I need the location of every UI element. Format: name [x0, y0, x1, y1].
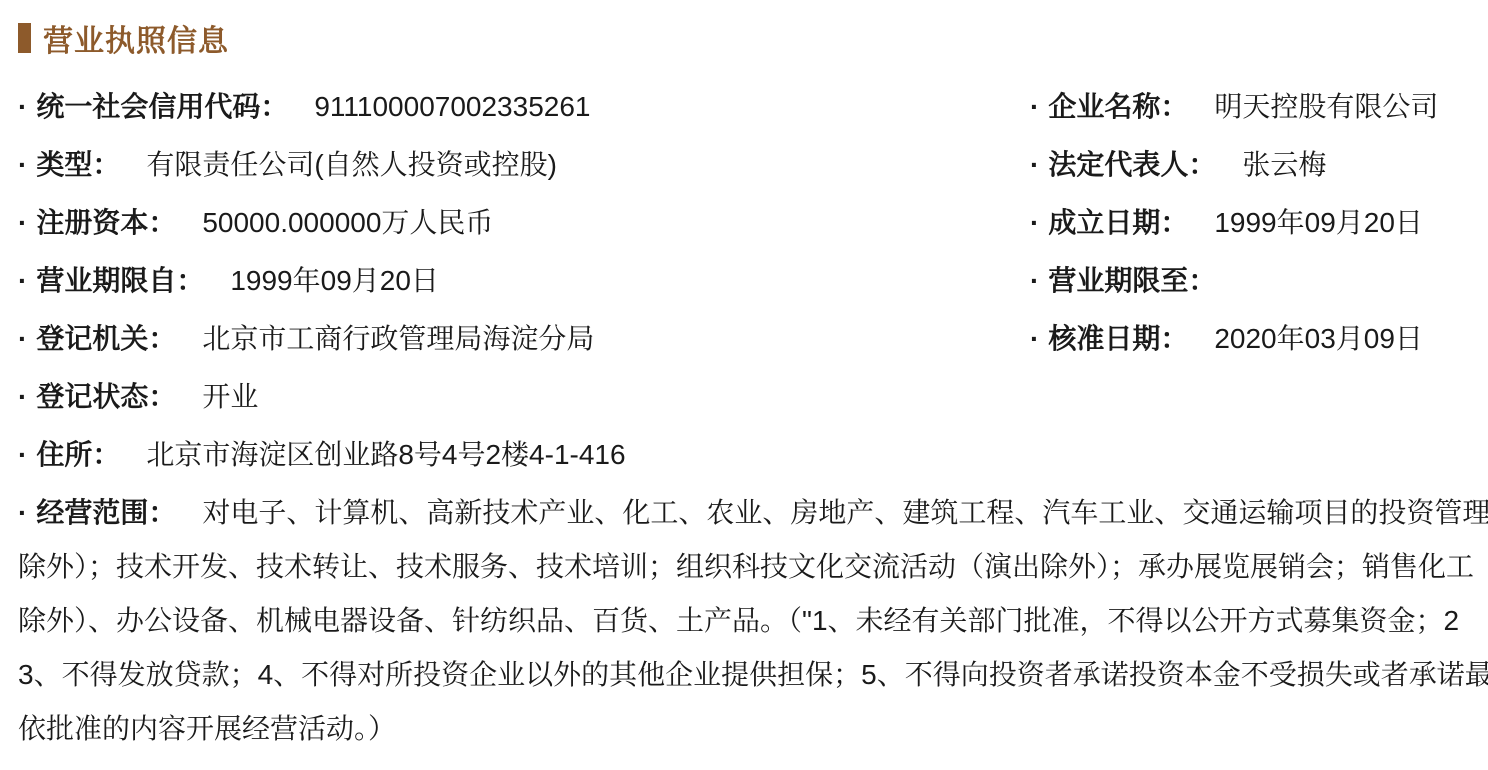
bullet-icon: · — [18, 381, 27, 413]
field-label: 经营范围： — [36, 486, 176, 540]
bullet-icon: · — [1030, 91, 1039, 123]
field-term-to: · 营业期限至： — [1030, 259, 1488, 299]
section-marker-bar — [18, 23, 31, 53]
field-value: 张云梅 — [1242, 143, 1326, 183]
field-row: · 统一社会信用代码： 911100007002335261 · 企业名称： 明… — [18, 76, 1488, 134]
field-value: 开业 — [202, 375, 258, 415]
business-scope-text: 对电子、计算机、高新技术产业、化工、农业、房地产、建筑工程、汽车工业、交通运输项… — [202, 486, 1488, 540]
field-registration-authority: · 登记机关： 北京市工商行政管理局海淀分局 — [18, 317, 1030, 357]
field-row: · 住所： 北京市海淀区创业路8号4号2楼4-1-416 — [18, 424, 1488, 482]
field-value: 北京市海淀区创业路8号4号2楼4-1-416 — [146, 433, 625, 473]
field-label: 统一社会信用代码： — [36, 85, 288, 125]
section-title: 营业执照信息 — [43, 16, 229, 60]
business-scope: · 经营范围： 对电子、计算机、高新技术产业、化工、农业、房地产、建筑工程、汽车… — [18, 486, 1488, 756]
field-establish-date: · 成立日期： 1999年09月20日 — [1030, 201, 1488, 241]
field-label: 成立日期： — [1048, 201, 1188, 241]
field-row: · 营业期限自： 1999年09月20日 · 营业期限至： — [18, 250, 1488, 308]
field-value: 有限责任公司(自然人投资或控股) — [146, 143, 557, 183]
field-label: 营业期限至： — [1048, 259, 1216, 299]
field-label: 法定代表人： — [1048, 143, 1216, 183]
field-credit-code: · 统一社会信用代码： 911100007002335261 — [18, 85, 1030, 125]
bullet-icon: · — [18, 323, 27, 355]
bullet-icon: · — [1030, 149, 1039, 181]
field-value: 明天控股有限公司 — [1214, 85, 1438, 125]
field-row: · 登记状态： 开业 — [18, 366, 1488, 424]
field-label: 住所： — [36, 433, 120, 473]
bullet-icon: · — [18, 91, 27, 123]
section-header: 营业执照信息 — [18, 22, 1488, 54]
field-value: 北京市工商行政管理局海淀分局 — [202, 317, 594, 357]
bullet-icon: · — [18, 207, 27, 239]
field-label: 营业期限自： — [36, 259, 204, 299]
field-row: · 注册资本： 50000.000000万人民币 · 成立日期： 1999年09… — [18, 192, 1488, 250]
field-value: 1999年09月20日 — [230, 259, 439, 299]
business-scope-line: · 经营范围： 对电子、计算机、高新技术产业、化工、农业、房地产、建筑工程、汽车… — [18, 486, 1488, 540]
bullet-icon: · — [18, 439, 27, 471]
field-label: 登记状态： — [36, 375, 176, 415]
field-registration-status: · 登记状态： 开业 — [18, 375, 1030, 415]
bullet-icon: · — [1030, 207, 1039, 239]
field-row: · 登记机关： 北京市工商行政管理局海淀分局 · 核准日期： 2020年03月0… — [18, 308, 1488, 366]
bullet-icon: · — [1030, 265, 1039, 297]
bullet-icon: · — [1030, 323, 1039, 355]
bullet-icon: · — [18, 486, 27, 540]
field-value: 911100007002335261 — [314, 91, 590, 123]
bullet-icon: · — [18, 265, 27, 297]
business-scope-line: 依批准的内容开展经营活动。） — [18, 702, 1488, 756]
field-address: · 住所： 北京市海淀区创业路8号4号2楼4-1-416 — [18, 433, 1030, 473]
field-value: 2020年03月09日 — [1214, 317, 1423, 357]
field-value: 1999年09月20日 — [1214, 201, 1423, 241]
field-legal-representative: · 法定代表人： 张云梅 — [1030, 143, 1488, 183]
field-company-name: · 企业名称： 明天控股有限公司 — [1030, 85, 1488, 125]
field-label: 类型： — [36, 143, 120, 183]
bullet-icon: · — [18, 149, 27, 181]
field-label: 注册资本： — [36, 201, 176, 241]
license-fields: · 统一社会信用代码： 911100007002335261 · 企业名称： 明… — [18, 76, 1488, 482]
field-label: 企业名称： — [1048, 85, 1188, 125]
business-scope-line: 除外）、办公设备、机械电器设备、针纺织品、百货、土产品。（"1、未经有关部门批准… — [18, 594, 1488, 648]
field-label: 登记机关： — [36, 317, 176, 357]
field-registered-capital: · 注册资本： 50000.000000万人民币 — [18, 201, 1030, 241]
business-scope-line: 除外）；技术开发、技术转让、技术服务、技术培训；组织科技文化交流活动（演出除外）… — [18, 540, 1488, 594]
field-term-from: · 营业期限自： 1999年09月20日 — [18, 259, 1030, 299]
field-label: 核准日期： — [1048, 317, 1188, 357]
field-company-type: · 类型： 有限责任公司(自然人投资或控股) — [18, 143, 1030, 183]
field-value: 50000.000000万人民币 — [202, 201, 493, 241]
field-approval-date: · 核准日期： 2020年03月09日 — [1030, 317, 1488, 357]
business-scope-line: 3、不得发放贷款；4、不得对所投资企业以外的其他企业提供担保；5、不得向投资者承… — [18, 648, 1488, 702]
field-row: · 类型： 有限责任公司(自然人投资或控股) · 法定代表人： 张云梅 — [18, 134, 1488, 192]
